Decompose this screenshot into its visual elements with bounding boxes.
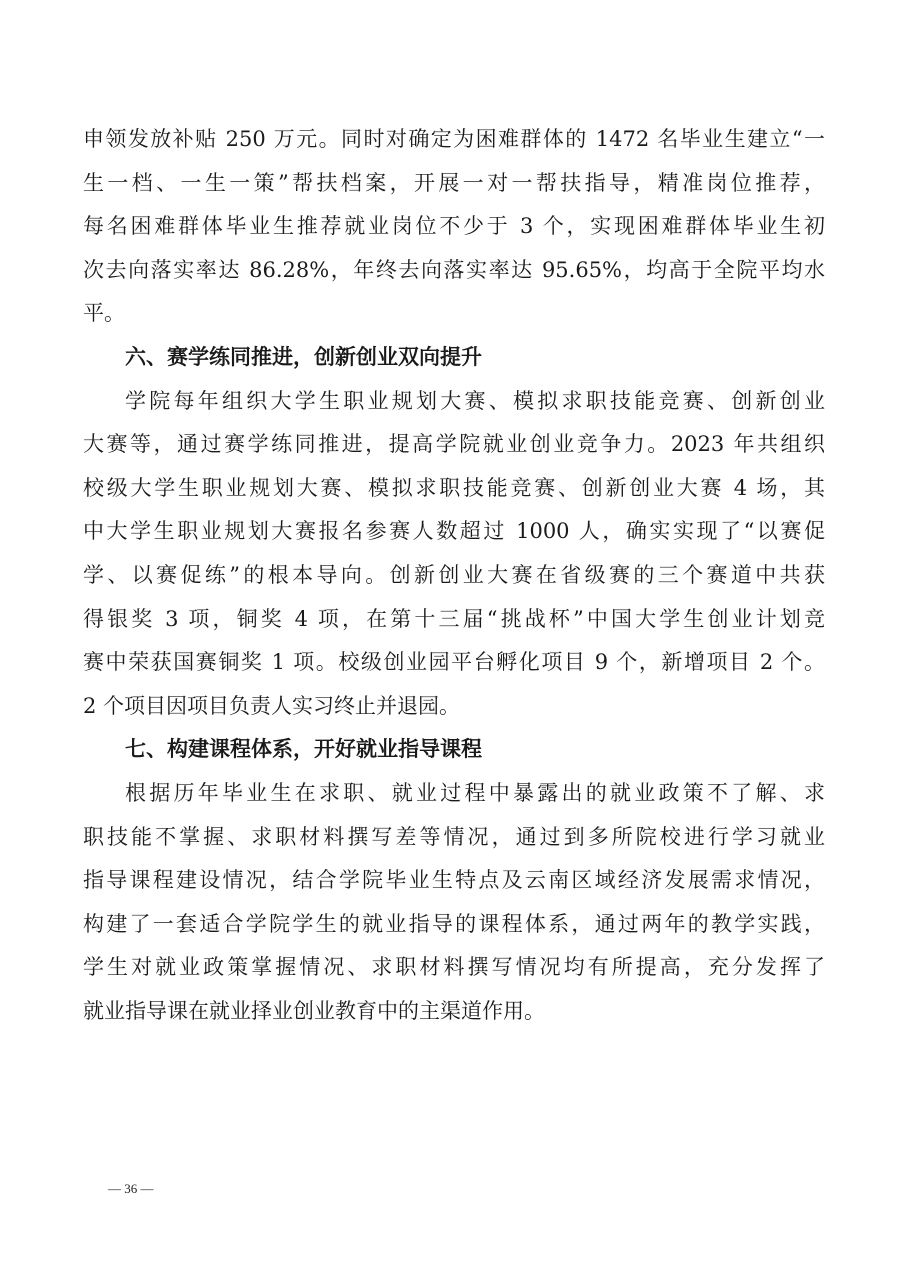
text-line: 申领发放补贴 250 万元。同时对确定为困难群体的 1472 名毕业生建立“一 [83, 118, 825, 162]
section-heading-6: 六、赛学练同推进，创新创业双向提升 [83, 336, 825, 380]
text-line: 职技能不掌握、求职材料撰写差等情况，通过到多所院校进行学习就业 [83, 816, 825, 860]
document-page: 申领发放补贴 250 万元。同时对确定为困难群体的 1472 名毕业生建立“一 … [83, 118, 825, 1033]
text-line: 生一档、一生一策”帮扶档案，开展一对一帮扶指导，精准岗位推荐， [83, 162, 825, 206]
text-line: 2 个项目因项目负责人实习终止并退园。 [83, 685, 825, 729]
text-line: 根据历年毕业生在求职、就业过程中暴露出的就业政策不了解、求 [83, 772, 825, 816]
text-line: 构建了一套适合学院学生的就业指导的课程体系，通过两年的教学实践， [83, 903, 825, 947]
text-line: 校级大学生职业规划大赛、模拟求职技能竞赛、创新创业大赛 4 场，其 [83, 467, 825, 511]
page-number: — 36 — [108, 1181, 154, 1197]
text-line: 平。 [83, 292, 825, 336]
text-line: 大赛等，通过赛学练同推进，提高学院就业创业竞争力。2023 年共组织 [83, 423, 825, 467]
section-6-paragraph: 学院每年组织大学生职业规划大赛、模拟求职技能竞赛、创新创业 大赛等，通过赛学练同… [83, 380, 825, 729]
text-line: 次去向落实率达 86.28%，年终去向落实率达 95.65%，均高于全院平均水 [83, 249, 825, 293]
section-7-paragraph: 根据历年毕业生在求职、就业过程中暴露出的就业政策不了解、求 职技能不掌握、求职材… [83, 772, 825, 1034]
text-line: 学院每年组织大学生职业规划大赛、模拟求职技能竞赛、创新创业 [83, 380, 825, 424]
text-line: 每名困难群体毕业生推荐就业岗位不少于 3 个，实现困难群体毕业生初 [83, 205, 825, 249]
text-line: 中大学生职业规划大赛报名参赛人数超过 1000 人，确实实现了“以赛促 [83, 510, 825, 554]
section-heading-7: 七、构建课程体系，开好就业指导课程 [83, 728, 825, 772]
text-line: 就业指导课在就业择业创业教育中的主渠道作用。 [83, 990, 825, 1034]
text-line: 指导课程建设情况，结合学院毕业生特点及云南区域经济发展需求情况， [83, 859, 825, 903]
continuation-paragraph: 申领发放补贴 250 万元。同时对确定为困难群体的 1472 名毕业生建立“一 … [83, 118, 825, 336]
text-line: 学生对就业政策掌握情况、求职材料撰写情况均有所提高，充分发挥了 [83, 946, 825, 990]
text-line: 得银奖 3 项，铜奖 4 项，在第十三届“挑战杯”中国大学生创业计划竞 [83, 598, 825, 642]
text-line: 赛中荣获国赛铜奖 1 项。校级创业园平台孵化项目 9 个，新增项目 2 个。 [83, 641, 825, 685]
text-line: 学、以赛促练”的根本导向。创新创业大赛在省级赛的三个赛道中共获 [83, 554, 825, 598]
